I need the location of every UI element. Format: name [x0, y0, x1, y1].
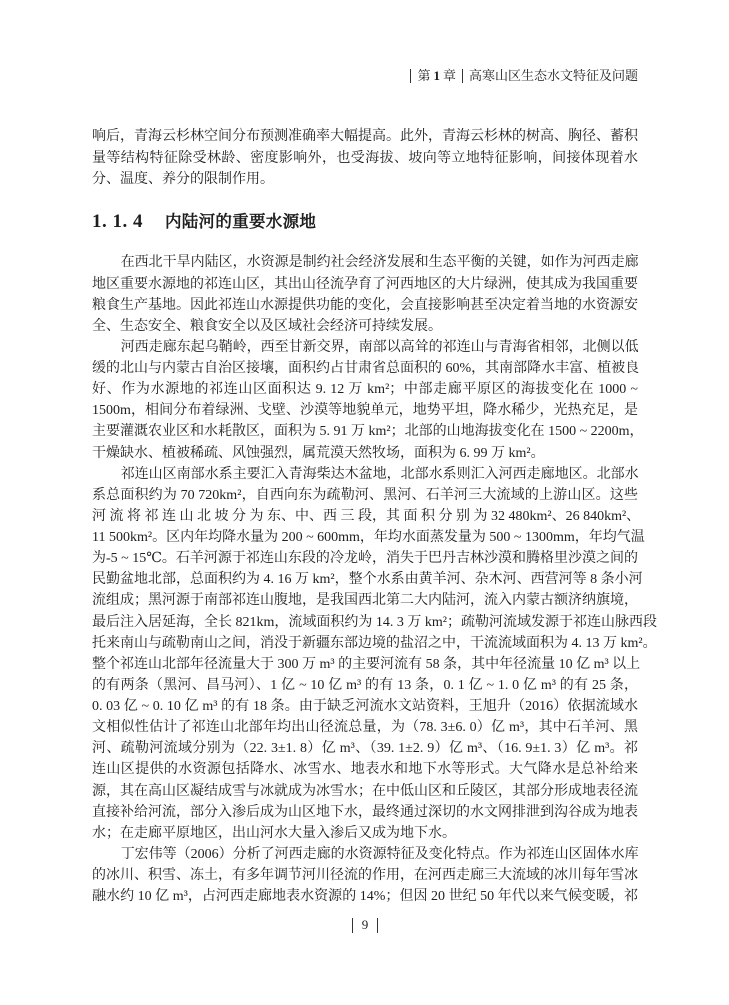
section-heading: 1. 1. 4 内陆河的重要水源地 [92, 210, 316, 234]
text-line: 的有两条（黑河、昌马河）、1 亿 ~ 10 亿 m³ 的有 13 条，0. 1 … [92, 675, 638, 696]
text-line: 0. 03 亿 ~ 0. 10 亿 m³ 的有 18 条。由于缺乏河流水文站资料… [92, 696, 638, 717]
text-line: 系总面积约为 70 720km²，自西向东为疏勒河、黑河、石羊河三大流域的上游山… [92, 485, 638, 506]
text-line: 整个祁连山北部年径流量大于 300 万 m³ 的主要河流有 58 条，其中年径流… [92, 654, 638, 675]
text-line: 缓的北山与内蒙古自治区接壤，面积约占甘肃省总面积的 60%，其南部降水丰富、植被… [92, 358, 638, 379]
header-divider [462, 69, 463, 83]
text-line: 11 500km²。区内年均降水量为 200 ~ 600mm，年均水面蒸发量为 … [92, 527, 638, 548]
chapter-suffix: 章 [443, 68, 456, 84]
text-line: 河 流 将 祁 连 山 北 坡 分 为 东、中、西 三 段，其 面 积 分 别 … [92, 506, 638, 527]
paragraph: 祁连山区南部水系主要汇入青海柴达木盆地，北部水系则汇入河西走廊地区。北部水 系总… [92, 464, 638, 844]
text-line: 融水约 10 亿 m³，占河西走廊地表水资源的 14%；但因 20 世纪 50 … [92, 886, 638, 907]
text-line: 水；在走廊平原地区，出山河水大量入渗后又成为地下水。 [92, 823, 638, 844]
running-header: 第 1 章 高寒山区生态水文特征及问题 [404, 68, 638, 84]
text-line: 的冰川、积雪、冻土，有多年调节河川径流的作用，在河西走廊三大流域的冰川每年雪冰 [92, 865, 638, 886]
text-line: 干燥缺水、植被稀疏、风蚀强烈，属荒漠天然牧场，面积为 6. 99 万 km²。 [92, 443, 638, 464]
paragraph-continued: 响后，青海云杉林空间分布预测准确率大幅提高。此外，青海云杉林的树高、胸径、蓄积 … [92, 126, 638, 189]
text-line: 民勤盆地北部，总面积约为 4. 16 万 km²，整个水系由黄羊河、杂木河、西营… [92, 569, 638, 590]
text-line: 连山区提供的水资源包括降水、冰雪水、地表水和地下水等形式。大气降水是总补给来 [92, 759, 638, 780]
page-number-divider [377, 918, 378, 933]
document-page: 第 1 章 高寒山区生态水文特征及问题 响后，青海云杉林空间分布预测准确率大幅提… [0, 0, 729, 1005]
text-line: 响后，青海云杉林空间分布预测准确率大幅提高。此外，青海云杉林的树高、胸径、蓄积 [92, 126, 638, 147]
header-divider [410, 69, 411, 83]
text-line: 河、疏勒河流域分别为（22. 3±1. 8）亿 m³、（39. 1±2. 9）亿… [92, 738, 638, 759]
text-line: 文相似性估计了祁连山北部年均出山径流总量，为（78. 3±6. 0）亿 m³，其… [92, 717, 638, 738]
text-line: 量等结构特征除受林龄、密度影响外，也受海拔、坡向等立地特征影响，间接体现着水 [92, 148, 638, 169]
text-line: 最后注入居延海，全长 821km，流域面积约为 14. 3 万 km²；疏勒河流… [92, 612, 638, 633]
chapter-number: 1 [433, 68, 440, 84]
text-line: 流组成；黑河源于南部祁连山腹地，是我国西北第二大内陆河，流入内蒙古额济纳旗境， [92, 590, 638, 611]
text-line: 粮食生产基地。因此祁连山水源提供功能的变化，会直接影响甚至决定着当地的水资源安 [92, 295, 638, 316]
page-number-divider [352, 918, 353, 933]
text-line: 1500m，相间分布着绿洲、戈壁、沙漠等地貌单元，地势平坦，降水稀少，光热充足，… [92, 400, 638, 421]
text-line: 主要灌溉农业区和水耗散区，面积为 5. 91 万 km²；北部的山地海拔变化在 … [92, 421, 638, 442]
text-line: 河西走廊东起乌鞘岭，西至甘新交界，南部以高耸的祁连山与青海省相邻，北侧以低 [92, 337, 638, 358]
section-body: 在西北干旱内陆区，水资源是制约社会经济发展和生态平衡的关键，如作为河西走廊 地区… [92, 252, 638, 907]
section-number: 1. 1. 4 [92, 210, 165, 234]
text-line: 地区重要水源地的祁连山区，其出山径流孕育了河西地区的大片绿洲，使其成为我国重要 [92, 274, 638, 295]
paragraph: 丁宏伟等（2006）分析了河西走廊的水资源特征及变化特点。作为祁连山区固体水库 … [92, 844, 638, 907]
text-line: 丁宏伟等（2006）分析了河西走廊的水资源特征及变化特点。作为祁连山区固体水库 [92, 844, 638, 865]
page-number-value: 9 [362, 917, 369, 933]
paragraph: 在西北干旱内陆区，水资源是制约社会经济发展和生态平衡的关键，如作为河西走廊 地区… [92, 252, 638, 337]
text-line: 直接补给河流，部分入渗后成为山区地下水，最终通过深切的水文网排泄到沟谷成为地表 [92, 802, 638, 823]
text-line: 为-5 ~ 15℃。石羊河源于祁连山东段的冷龙岭，消失于巴丹吉林沙漠和腾格里沙漠… [92, 548, 638, 569]
text-line: 全、生态安全、粮食安全以及区域社会经济可持续发展。 [92, 316, 638, 337]
chapter-prefix: 第 [417, 68, 430, 84]
text-line: 托来南山与疏勒南山之间，消没于新疆东部边境的盐沼之中，干流流域面积为 4. 13… [92, 633, 638, 654]
text-line: 分、温度、养分的限制作用。 [92, 169, 638, 190]
text-line: 好、作为水源地的祁连山区面积达 9. 12 万 km²；中部走廊平原区的海拔变化… [92, 379, 638, 400]
section-title: 内陆河的重要水源地 [165, 210, 316, 234]
text-line: 源，其在高山区凝结成雪与冰就成为冰雪水；在中低山区和丘陵区，其部分形成地表径流 [92, 781, 638, 802]
text-line: 在西北干旱内陆区，水资源是制约社会经济发展和生态平衡的关键，如作为河西走廊 [92, 252, 638, 273]
chapter-title: 高寒山区生态水文特征及问题 [469, 68, 638, 84]
page-number: 9 [330, 917, 400, 933]
text-line: 祁连山区南部水系主要汇入青海柴达木盆地，北部水系则汇入河西走廊地区。北部水 [92, 464, 638, 485]
paragraph: 河西走廊东起乌鞘岭，西至甘新交界，南部以高耸的祁连山与青海省相邻，北侧以低 缓的… [92, 337, 638, 464]
